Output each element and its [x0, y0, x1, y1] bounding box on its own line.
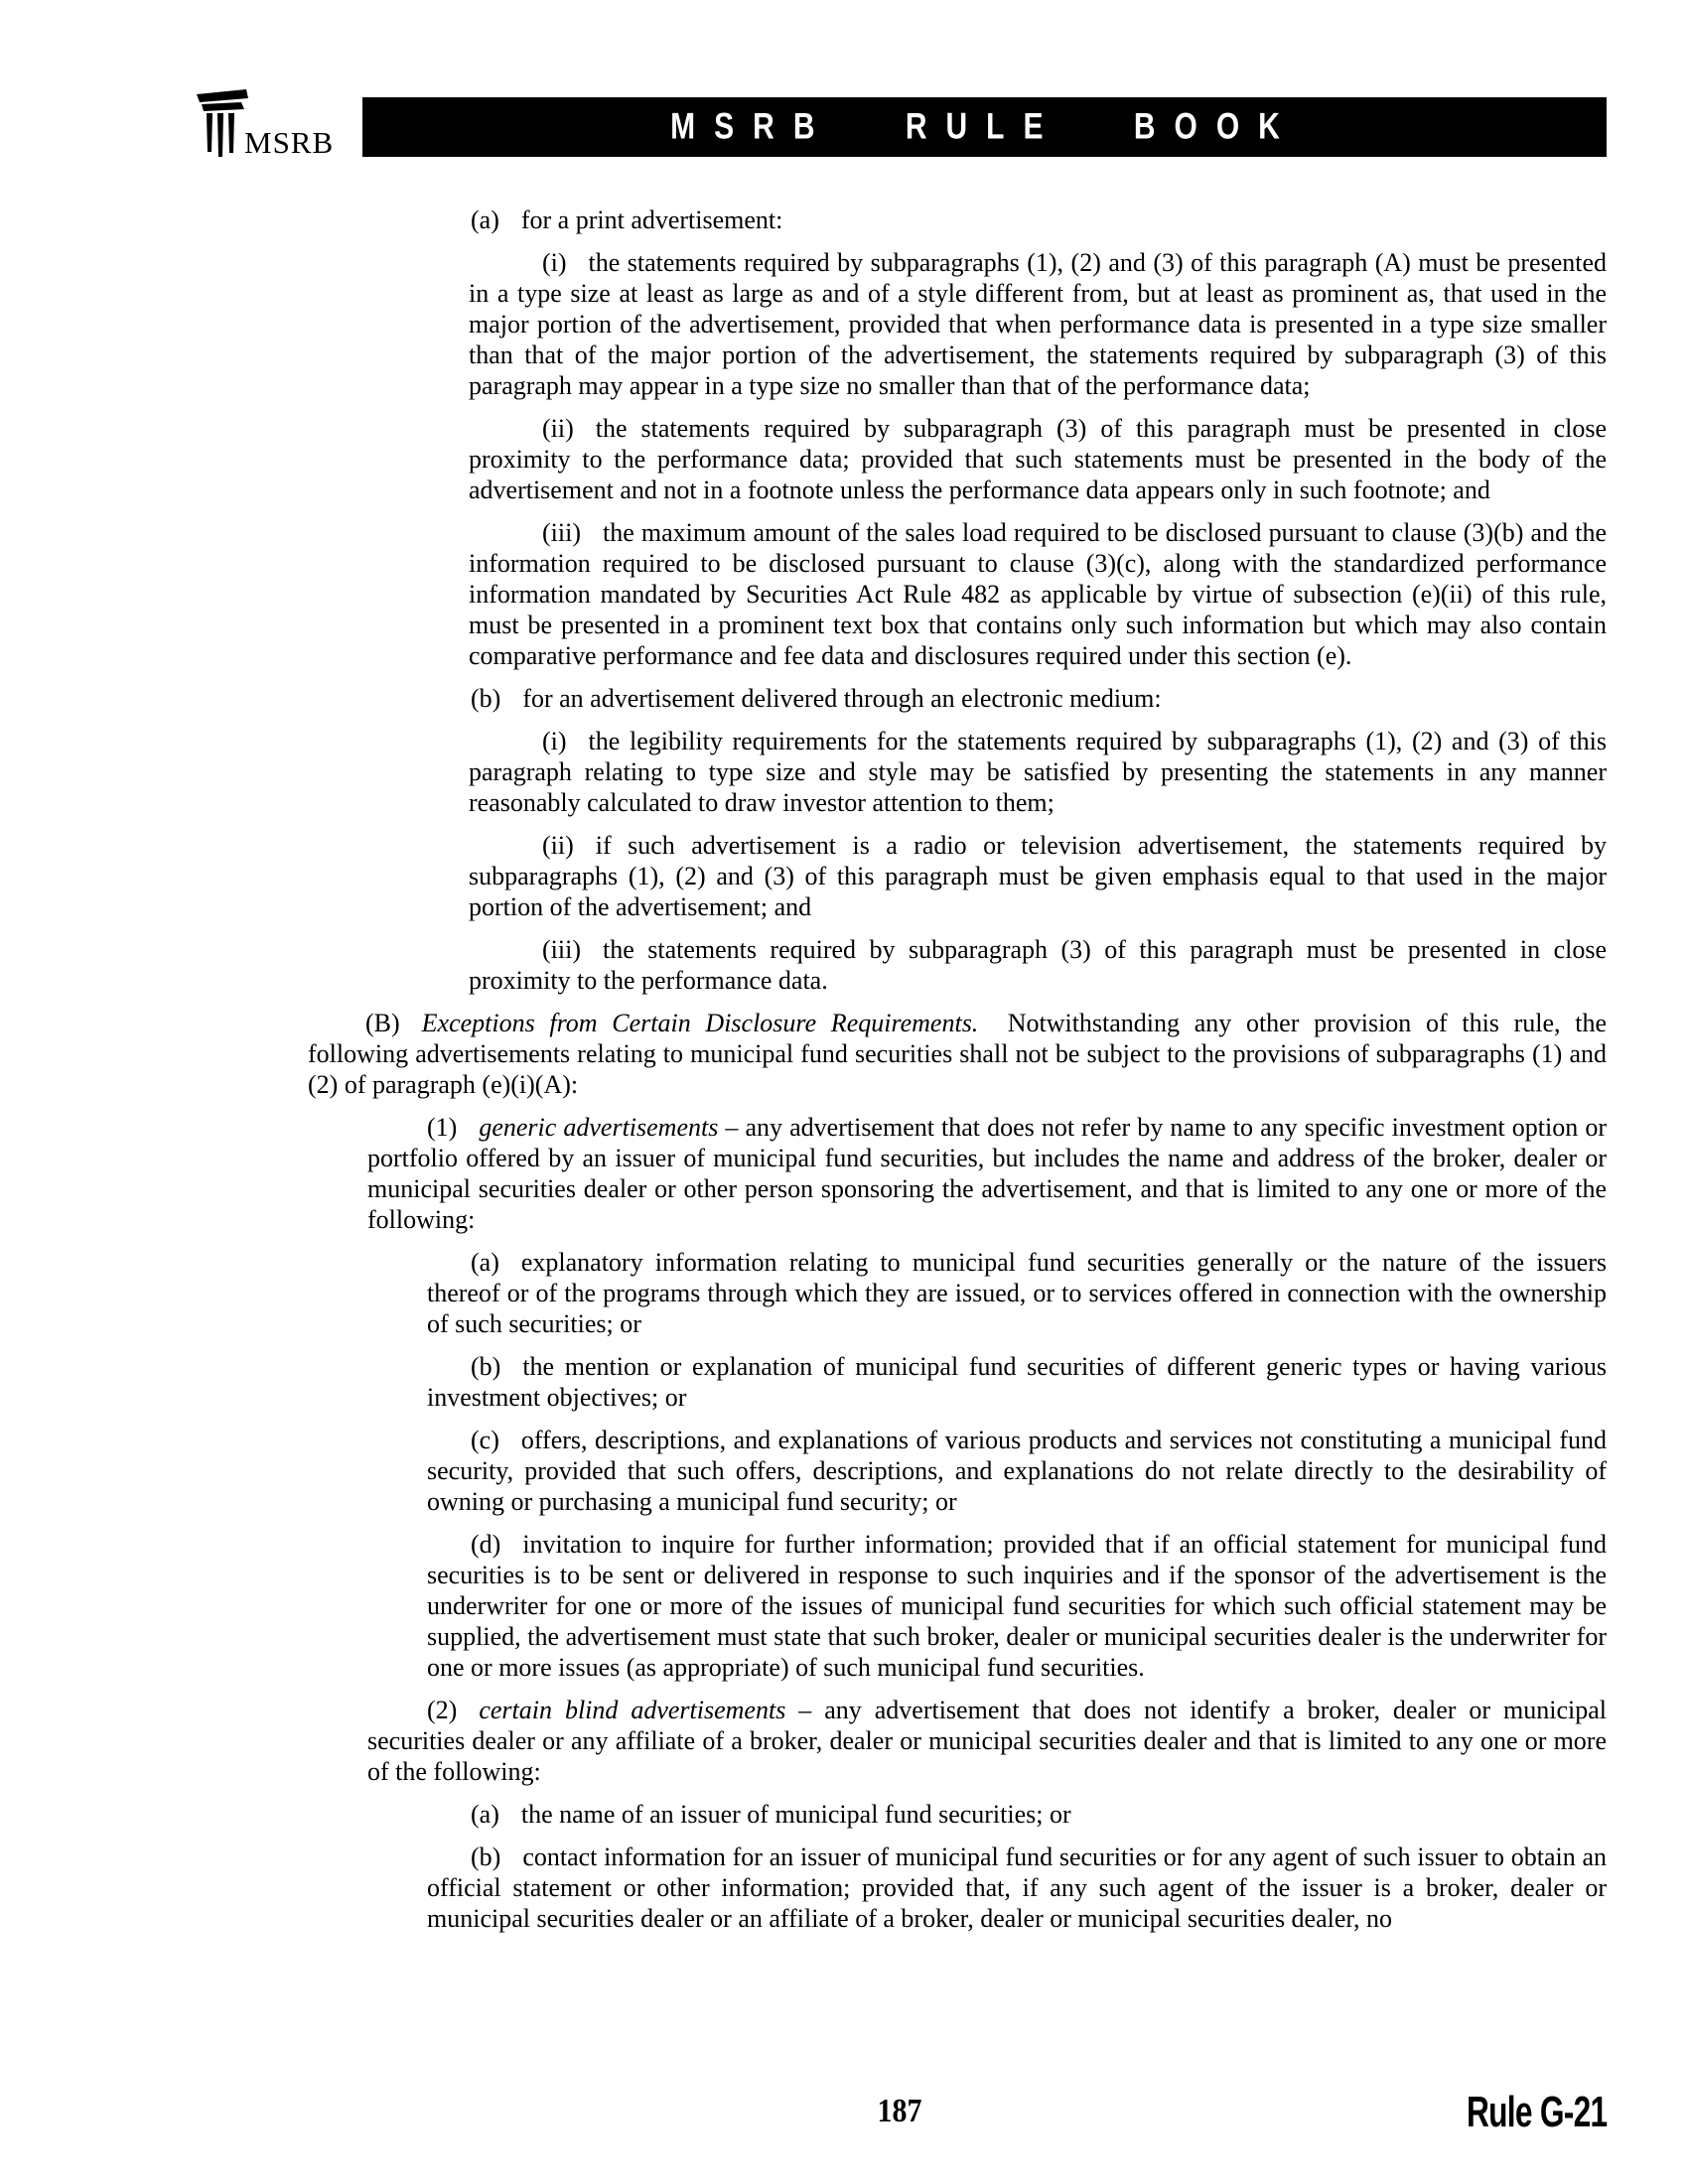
- italic-text-segment: generic advertisements: [479, 1113, 718, 1142]
- paragraph-label: (b): [471, 1843, 500, 1871]
- text-segment: the legibility requirements for the stat…: [469, 727, 1607, 817]
- text-segment: explanatory information relating to muni…: [427, 1248, 1607, 1338]
- italic-text-segment: Exceptions from Certain Disclosure Requi…: [422, 1009, 979, 1037]
- paragraph: (b)contact information for an issuer of …: [427, 1842, 1607, 1934]
- paragraph-label: (i): [542, 248, 567, 277]
- paragraph-label: (d): [471, 1530, 500, 1559]
- paragraph: (b)the mention or explanation of municip…: [427, 1351, 1607, 1413]
- paragraph: (ii)if such advertisement is a radio or …: [469, 830, 1607, 922]
- paragraph: (d)invitation to inquire for further inf…: [427, 1529, 1607, 1683]
- paragraph-label: (c): [471, 1426, 499, 1454]
- paragraph-label: (ii): [542, 831, 574, 860]
- text-segment: contact information for an issuer of mun…: [427, 1843, 1607, 1933]
- paragraph: (B)Exceptions from Certain Disclosure Re…: [308, 1008, 1607, 1100]
- text-segment: the statements required by subparagraph …: [469, 935, 1607, 995]
- text-segment: the statements required by subparagraphs…: [469, 248, 1607, 400]
- paragraph: (iii)the maximum amount of the sales loa…: [469, 517, 1607, 671]
- paragraph-label: (a): [471, 205, 499, 234]
- paragraph-label: (b): [471, 1352, 500, 1381]
- paragraph-label: (ii): [542, 414, 574, 443]
- rulebook-page: MSRB MSRB RULE BOOK (a)for a print adver…: [0, 0, 1688, 2184]
- text-segment: offers, descriptions, and explanations o…: [427, 1426, 1607, 1516]
- paragraph-label: (b): [471, 684, 500, 713]
- text-segment: if such advertisement is a radio or tele…: [469, 831, 1607, 921]
- paragraph: (i)the statements required by subparagra…: [469, 247, 1607, 401]
- paragraph: (c)offers, descriptions, and explanation…: [427, 1425, 1607, 1517]
- paragraph-label: (a): [471, 1800, 499, 1829]
- paragraph: (2)certain blind advertisements – any ad…: [367, 1695, 1607, 1787]
- paragraph: (a)for a print advertisement:: [427, 205, 1607, 235]
- text-segment: for a print advertisement:: [521, 205, 783, 234]
- paragraph-label: (a): [471, 1248, 499, 1277]
- paragraph-label: (iii): [542, 518, 581, 547]
- text-segment: the mention or explanation of municipal …: [427, 1352, 1607, 1412]
- paragraph-label: (iii): [542, 935, 581, 964]
- paragraph: (a)explanatory information relating to m…: [427, 1247, 1607, 1339]
- rule-reference: Rule G-21: [1467, 2091, 1607, 2134]
- paragraph-label: (1): [427, 1113, 457, 1142]
- paragraph-label: (2): [427, 1696, 457, 1724]
- paragraph-label: (i): [542, 727, 567, 755]
- text-segment: for an advertisement delivered through a…: [522, 684, 1161, 713]
- text-segment: invitation to inquire for further inform…: [427, 1530, 1607, 1682]
- paragraph: (a)the name of an issuer of municipal fu…: [427, 1799, 1607, 1830]
- paragraph: (1)generic advertisements – any advertis…: [367, 1112, 1607, 1235]
- header-banner-bar: MSRB RULE BOOK: [362, 97, 1607, 157]
- msrb-column-logo-icon: [197, 89, 248, 166]
- paragraph: (iii)the statements required by subparag…: [469, 934, 1607, 996]
- text-segment: the maximum amount of the sales load req…: [469, 518, 1607, 670]
- paragraph-label: (B): [365, 1009, 400, 1037]
- text-segment: the statements required by subparagraph …: [469, 414, 1607, 504]
- msrb-logo-text: MSRB: [244, 125, 334, 161]
- paragraph: (i)the legibility requirements for the s…: [469, 726, 1607, 818]
- page-number: 187: [878, 2095, 922, 2128]
- document-body: (a)for a print advertisement:(i)the stat…: [0, 205, 1688, 1934]
- banner-title: MSRB RULE BOOK: [670, 106, 1299, 149]
- text-segment: the name of an issuer of municipal fund …: [521, 1800, 1071, 1829]
- paragraph: (b)for an advertisement delivered throug…: [427, 683, 1607, 714]
- italic-text-segment: certain blind advertisements: [479, 1696, 785, 1724]
- paragraph: (ii)the statements required by subparagr…: [469, 413, 1607, 505]
